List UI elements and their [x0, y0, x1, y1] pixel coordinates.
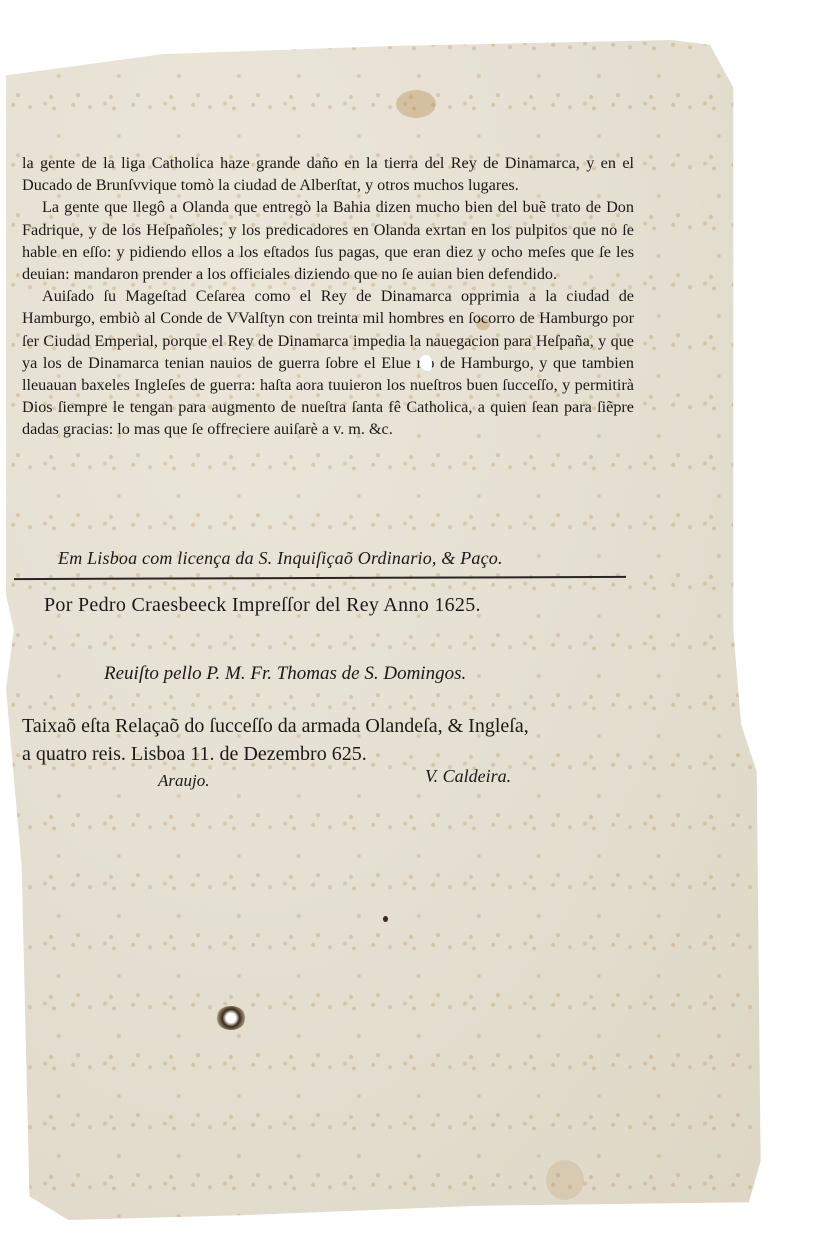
- revisto-line: Reuiſto pello P. M. Fr. Thomas de S. Dom…: [104, 663, 466, 685]
- taxa-line-2: a quatro reis. Lisboa 11. de Dezembro 62…: [22, 740, 662, 768]
- stain-mark: [546, 1160, 584, 1200]
- burn-hole: [216, 1006, 246, 1030]
- paper-tear: [420, 355, 432, 371]
- signature-caldeira: V. Caldeira.: [425, 766, 511, 787]
- ink-speck: [383, 916, 388, 922]
- taxa-line-1: Taixaõ eſta Relaçaõ do ſucceſſo da armad…: [22, 712, 662, 740]
- paragraph-1: la gente de la liga Catholica haze grand…: [22, 152, 634, 196]
- signature-araujo: Araujo.: [158, 771, 209, 791]
- paragraph-2: La gente que llegô a Olanda que entregò …: [22, 196, 634, 285]
- paragraph-3: Auiſado ſu Mageſtad Ceſarea como el Rey …: [22, 285, 634, 440]
- stain-mark: [396, 90, 436, 118]
- printer-imprint: Por Pedro Craesbeeck Impreſſor del Rey A…: [44, 594, 481, 617]
- license-line: Em Lisboa com licença da S. Inquiſiçaõ O…: [58, 548, 503, 569]
- taxa-block: Taixaõ eſta Relaçaõ do ſucceſſo da armad…: [22, 712, 662, 768]
- body-text: la gente de la liga Catholica haze grand…: [22, 152, 634, 441]
